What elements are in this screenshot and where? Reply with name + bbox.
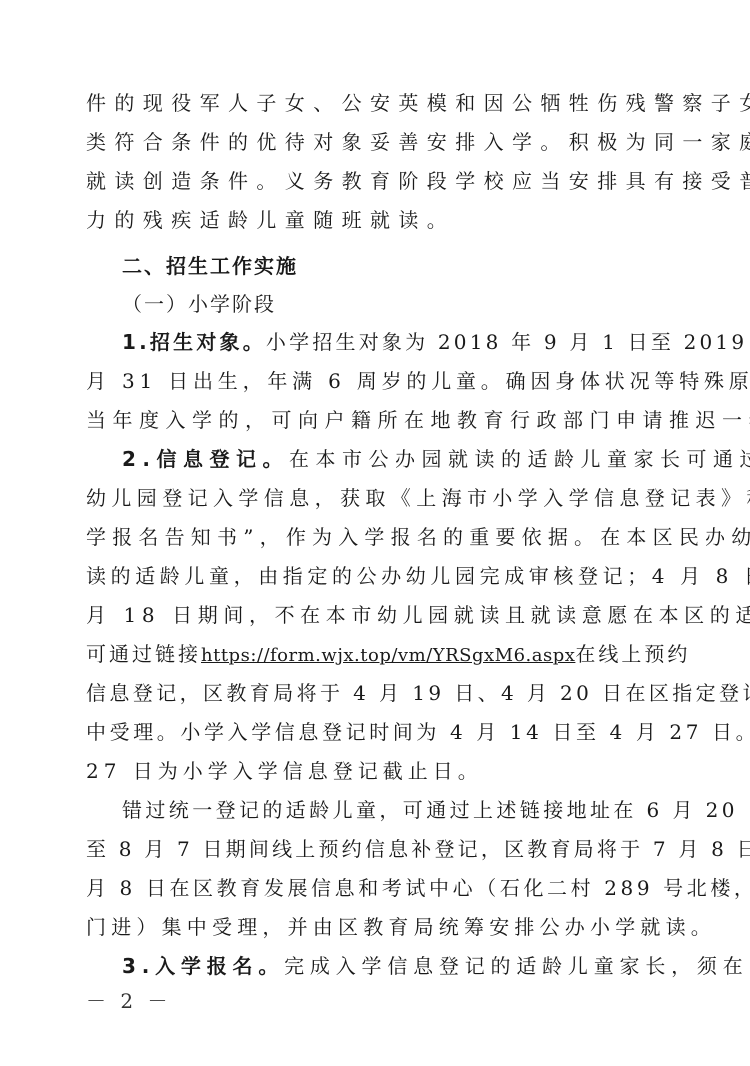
item-1-line: 1.招生对象。小学招生对象为 2018 年 9 月 1 日至 2019 年 8 [122, 327, 702, 357]
item-1-text: 小学招生对象为 2018 年 9 月 1 日至 2019 年 8 [266, 330, 750, 354]
page-number: － 2 － [86, 985, 171, 1014]
body-line: 月 18 日期间，不在本市幼儿园就读且就读意愿在本区的适龄儿童 [86, 600, 666, 630]
link-prefix: 可通过链接 [86, 642, 201, 666]
body-line: 月 8 日在区教育发展信息和考试中心（石化二村 289 号北楼，东 [86, 873, 666, 903]
section-heading: 二、招生工作实施 [122, 251, 702, 281]
item-3-text: 完成入学信息登记的适龄儿童家长，须在“一 [284, 954, 750, 978]
item-2-text: 在本市公办园就读的适龄儿童家长可通过就读 [289, 447, 750, 471]
link-suffix: 在线上预约 [575, 642, 690, 666]
body-line: 27 日为小学入学信息登记截止日。 [86, 756, 666, 786]
body-line: 门进）集中受理，并由区教育局统筹安排公办小学就读。 [86, 912, 666, 942]
body-line: 中受理。小学入学信息登记时间为 4 月 14 日至 4 月 27 日。4 月 [86, 717, 666, 747]
body-line: 学报名告知书”，作为入学报名的重要依据。在本区民办幼儿园就 [86, 522, 666, 552]
body-line: 类符合条件的优待对象妥善安排入学。积极为同一家庭多孩同校 [86, 127, 666, 157]
body-line: 力的残疾适龄儿童随班就读。 [86, 205, 666, 235]
body-line: 信息登记，区教育局将于 4 月 19 日、4 月 20 日在区指定登记点集 [86, 678, 666, 708]
item-1-label: 1.招生对象。 [122, 330, 266, 354]
item-3-label: 3.入学报名。 [122, 954, 284, 978]
body-line: 件的现役军人子女、公安英模和因公牺牲伤残警察子女及其他各 [86, 88, 666, 118]
item-2-line: 2.信息登记。在本市公办园就读的适龄儿童家长可通过就读 [122, 444, 702, 474]
document-page: 件的现役军人子女、公安英模和因公牺牲伤残警察子女及其他各 类符合条件的优待对象妥… [0, 0, 750, 1066]
registration-link[interactable]: https://form.wjx.top/vm/YRSgxM6.aspx [201, 645, 575, 666]
subsection-heading: （一）小学阶段 [122, 289, 702, 319]
body-line-with-link: 可通过链接https://form.wjx.top/vm/YRSgxM6.asp… [86, 639, 666, 669]
body-line: 幼儿园登记入学信息，获取《上海市小学入学信息登记表》和“入 [86, 483, 666, 513]
body-line: 读的适龄儿童，由指定的公办幼儿园完成审核登记；4 月 8 日至 4 [86, 561, 666, 591]
body-line: 至 8 月 7 日期间线上预约信息补登记，区教育局将于 7 月 8 日、8 [86, 834, 666, 864]
body-line: 当年度入学的，可向户籍所在地教育行政部门申请推迟一年入学。 [86, 405, 666, 435]
body-line: 错过统一登记的适龄儿童，可通过上述链接地址在 6 月 20 日 [122, 795, 702, 825]
body-line: 就读创造条件。义务教育阶段学校应当安排具有接受普通教育能 [86, 166, 666, 196]
item-2-label: 2.信息登记。 [122, 447, 289, 471]
item-3-line: 3.入学报名。完成入学信息登记的适龄儿童家长，须在“一 [122, 951, 702, 981]
body-line: 月 31 日出生，年满 6 周岁的儿童。确因身体状况等特殊原因不能 [86, 366, 666, 396]
